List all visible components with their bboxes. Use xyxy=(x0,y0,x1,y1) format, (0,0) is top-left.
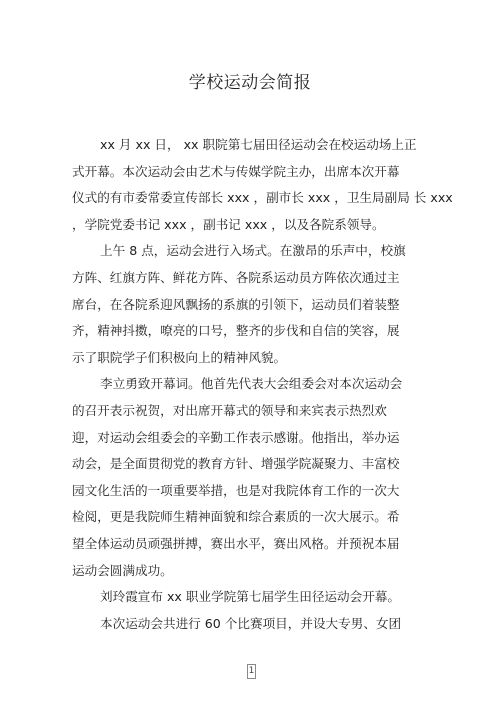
text-line: 园文化生活的一项重要举措，也是对我院体育工作的一次大 xyxy=(72,478,422,505)
text-line: 动会，是全面贯彻党的教育方针、增强学院凝聚力、丰富校 xyxy=(72,451,422,478)
document-page: 学校运动会简报 xx 月 xx 日， xx 职院第七届田径运动会在校运动场上正 … xyxy=(0,0,500,708)
text-line: 检阅，更是我院师生精神面貌和综合素质的一次大展示。希 xyxy=(72,504,422,531)
text-line: 席台，在各院系迎风飘扬的系旗的引领下，运动员们着装整 xyxy=(72,292,422,319)
text-line: 李立勇致开幕词。他首先代表大会组委会对本次运动会 xyxy=(72,371,422,398)
text-line: 的召开表示祝贺，对出席开幕式的领导和来宾表示热烈欢 xyxy=(72,398,422,425)
text-line: 本次运动会共进行 60 个比赛项目，并设大专男、女团 xyxy=(72,611,422,638)
text-line: 望全体运动员顽强拼搏，赛出水平，赛出风格。并预祝本届 xyxy=(72,531,422,558)
text-line: 运动会圆满成功。 xyxy=(72,558,422,585)
text-line: 仪式的有市委常委宣传部长 xxx ，副市长 xxx ，卫生局副局 长 xxx xyxy=(72,185,422,212)
text-line: xx 月 xx 日， xx 职院第七届田径运动会在校运动场上正 xyxy=(72,132,422,159)
text-line: 方阵、红旗方阵、鲜花方阵、各院系运动员方阵依次通过主 xyxy=(72,265,422,292)
text-line: ，学院党委书记 xxx ，副书记 xxx ，以及各院系领导。 xyxy=(72,212,422,239)
page-number: 1 xyxy=(247,664,256,679)
text-line: 示了职院学子们积极向上的精神风貌。 xyxy=(72,345,422,372)
document-body: xx 月 xx 日， xx 职院第七届田径运动会在校运动场上正 式开幕。本次运动… xyxy=(72,132,422,637)
text-line: 刘玲霞宣布 xx 职业学院第七届学生田径运动会开幕。 xyxy=(72,584,422,611)
text-line: 迎，对运动会组委会的辛勤工作表示感谢。他指出，举办运 xyxy=(72,425,422,452)
text-line: 齐，精神抖擞，嘹亮的口号，整齐的步伐和自信的笑容，展 xyxy=(72,318,422,345)
text-line: 式开幕。本次运动会由艺术与传媒学院主办，出席本次开幕 xyxy=(72,159,422,186)
document-title: 学校运动会简报 xyxy=(0,68,500,93)
text-line: 上午 8 点，运动会进行入场式。在激昂的乐声中，校旗 xyxy=(72,238,422,265)
